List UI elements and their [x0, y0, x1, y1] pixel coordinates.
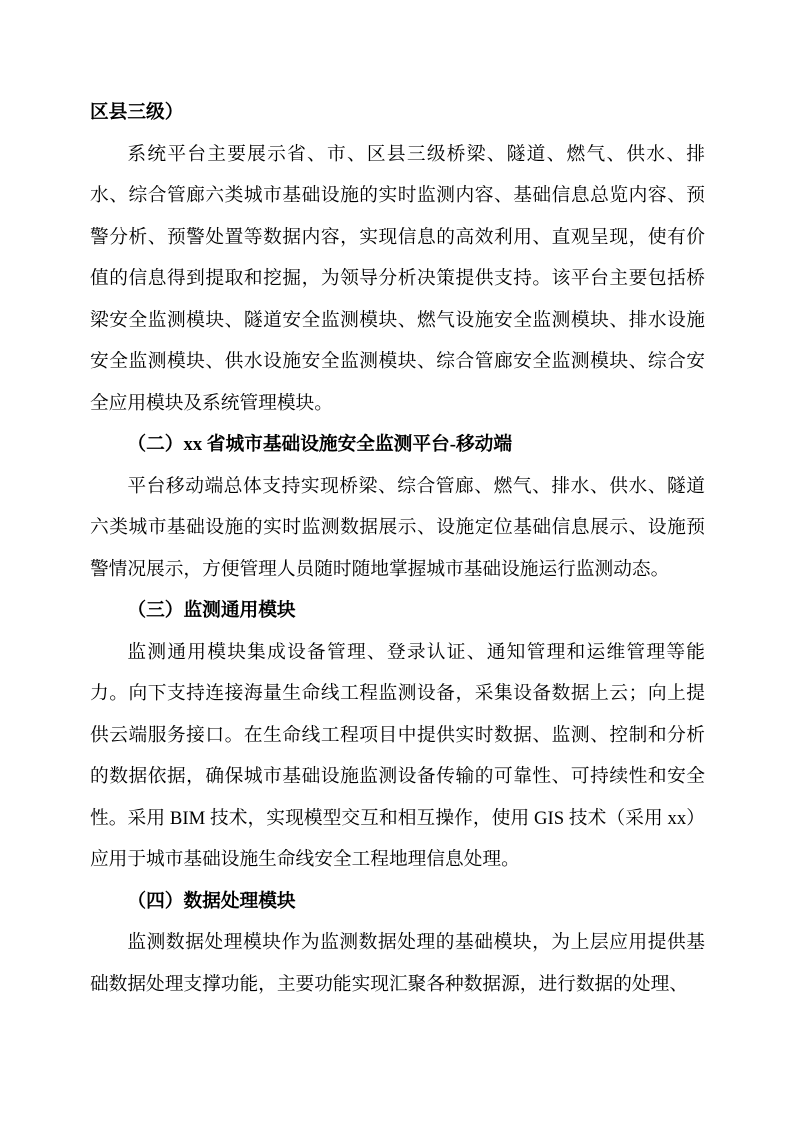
- body-paragraph: 监测通用模块集成设备管理、登录认证、通知管理和运维管理等能力。向下支持连接海量生…: [90, 632, 705, 881]
- heading-continuation: 区县三级）: [90, 92, 705, 134]
- document-page: 区县三级）系统平台主要展示省、市、区县三级桥梁、隧道、燃气、供水、排水、综合管廊…: [0, 0, 793, 1122]
- section-heading: （二）xx 省城市基础设施安全监测平台-移动端: [90, 424, 705, 466]
- body-paragraph: 平台移动端总体支持实现桥梁、综合管廊、燃气、排水、供水、隧道六类城市基础设施的实…: [90, 466, 705, 591]
- body-paragraph: 监测数据处理模块作为监测数据处理的基础模块，为上层应用提供基础数据处理支撑功能，…: [90, 922, 705, 1005]
- body-paragraph: 系统平台主要展示省、市、区县三级桥梁、隧道、燃气、供水、排水、综合管廊六类城市基…: [90, 134, 705, 425]
- section-heading: （四）数据处理模块: [90, 881, 705, 923]
- document-body: 区县三级）系统平台主要展示省、市、区县三级桥梁、隧道、燃气、供水、排水、综合管廊…: [90, 92, 705, 1005]
- section-heading: （三）监测通用模块: [90, 590, 705, 632]
